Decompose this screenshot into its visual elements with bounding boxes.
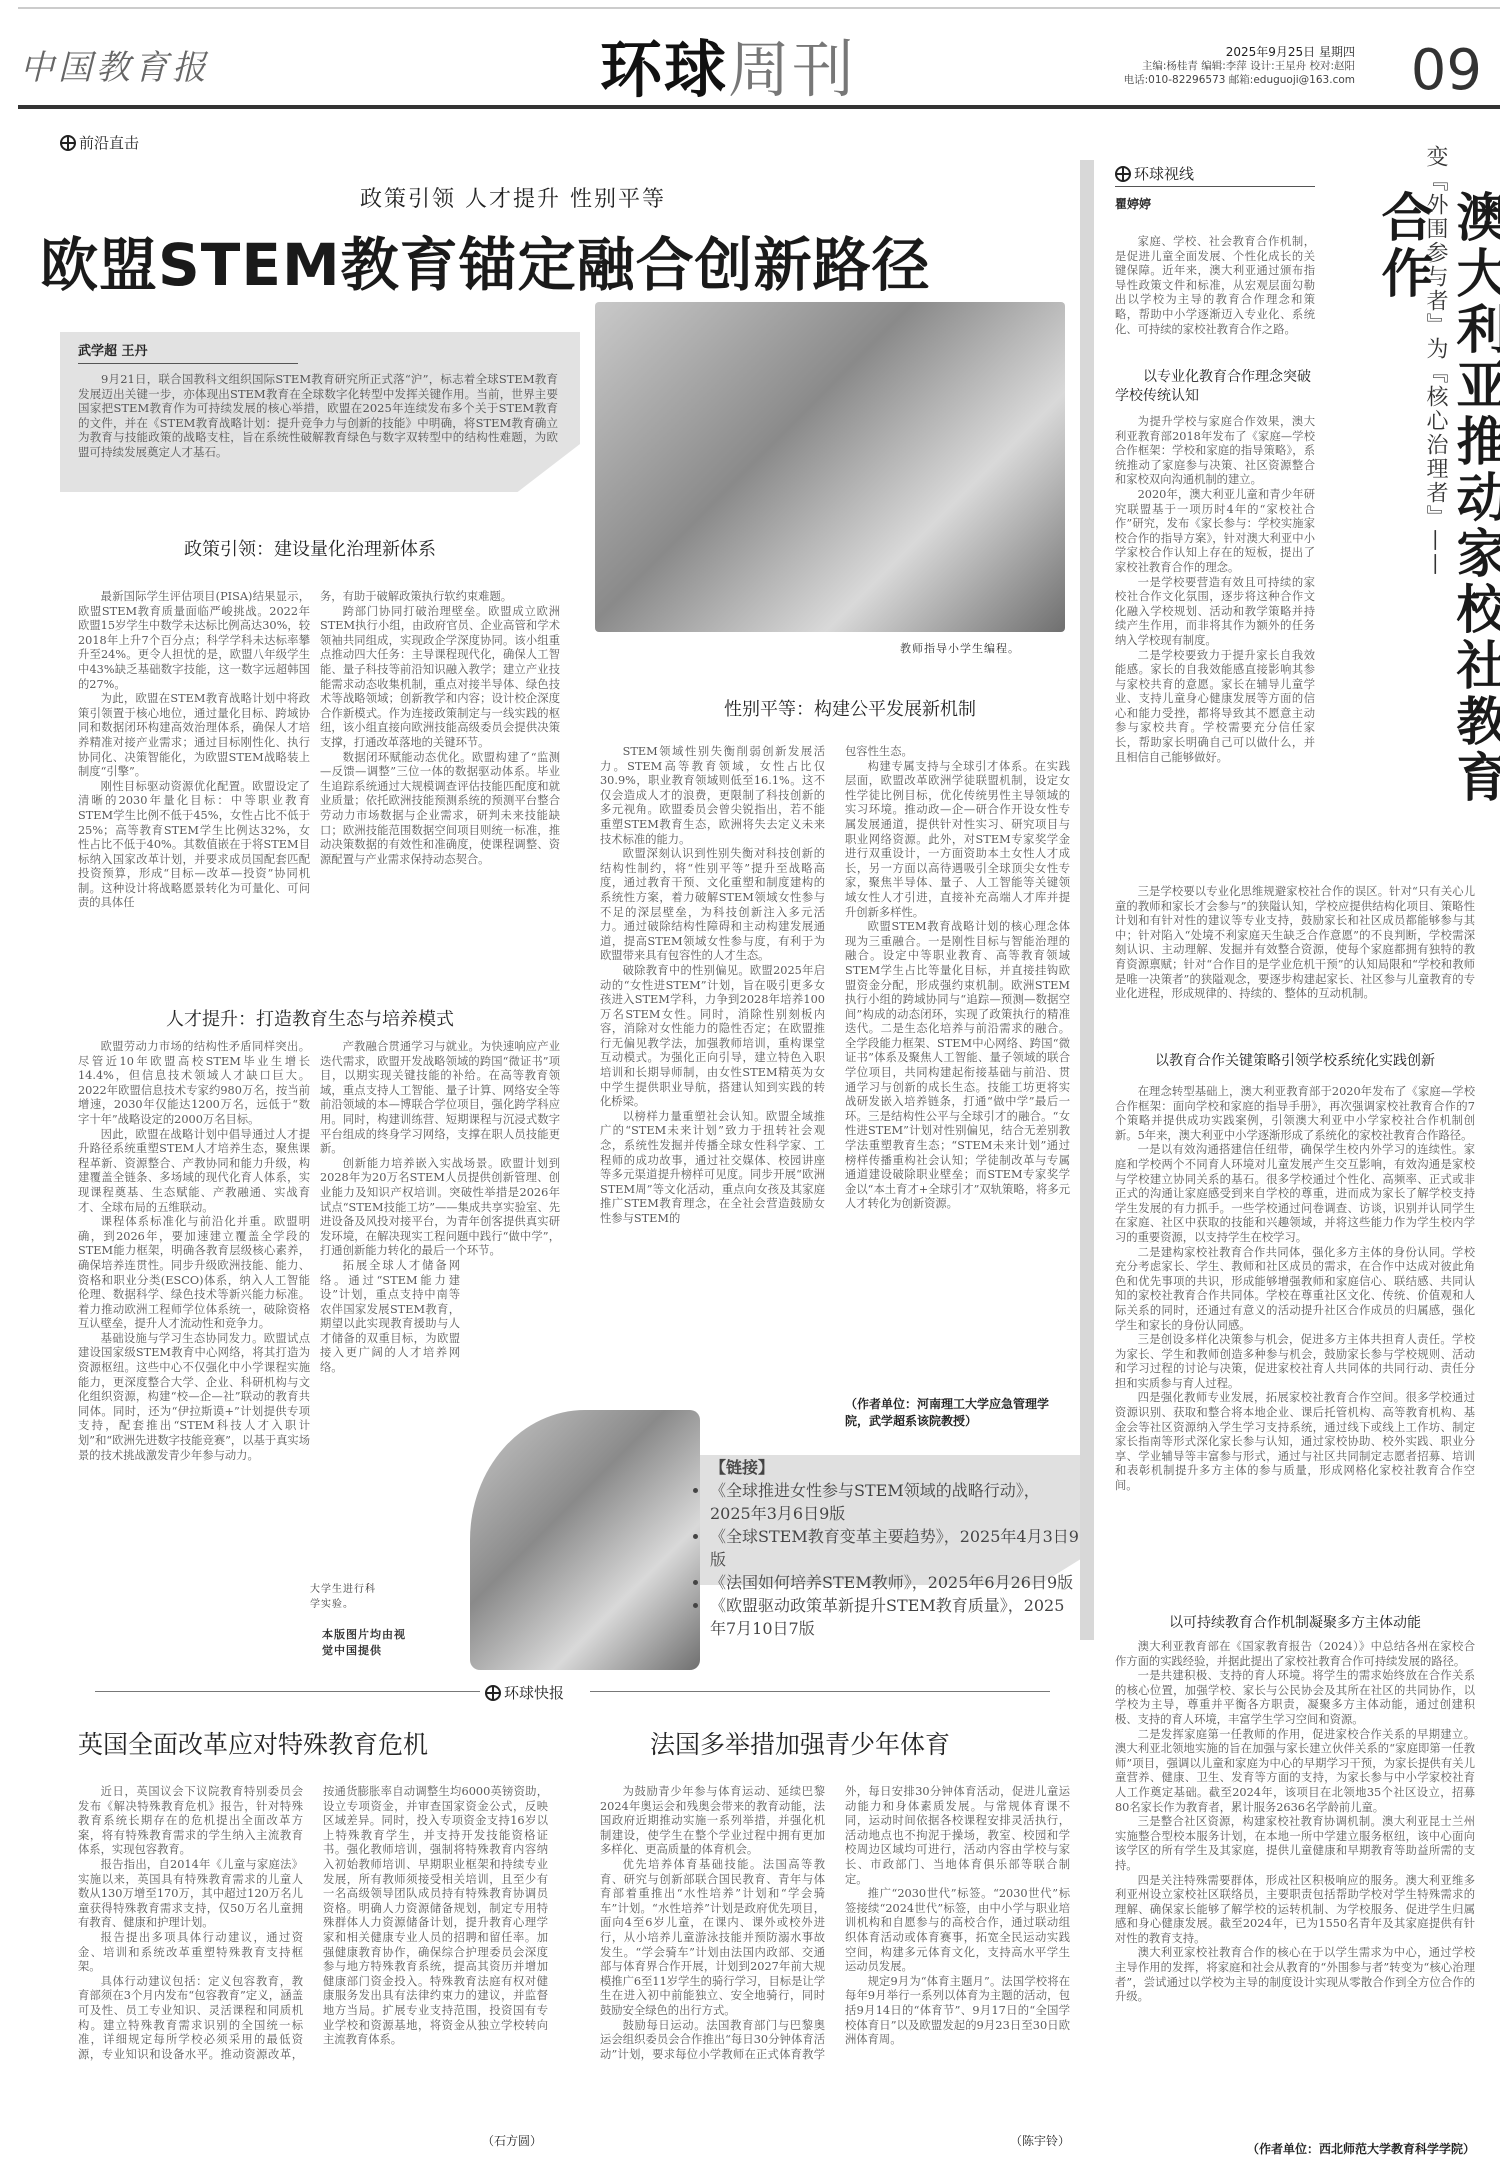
paragraph: 产教融合贯通学习与就业。为快速响应产业迭代需求，欧盟开发战略领域的跨国“微证书”… xyxy=(320,1040,560,1157)
paragraph: 构建专属支持与全球引才体系。在实践层面，欧盟改革欧洲学徒联盟机制，设定女性学徒比… xyxy=(845,760,1070,921)
france-article-body: 为鼓励青少年参与体育运动、延续巴黎2024年奥运会和残奥会带来的教育动能，法国政… xyxy=(600,1785,1070,2085)
paragraph: 欧盟劳动力市场的结构性矛盾同样突出。尽管近10年欧盟高校STEM毕业生增长14.… xyxy=(78,1040,310,1128)
masthead-meta: 2025年9月25日 星期四 主编:杨桂青 编辑:李萍 设计:王星舟 校对:赵阳… xyxy=(1124,45,1355,87)
right-subtitle-vertical: 变『外围参与者』为『核心治理者』—— xyxy=(1420,145,1451,585)
page-number: 09 xyxy=(1411,38,1482,103)
paragraph: 破除教育中的性别偏见。欧盟2025年启动的“女性进STEM”计划，旨在吸引更多女… xyxy=(600,964,825,1110)
paragraph: 二是建构家校社教育合作共同体，强化多方主体的身份认同。学校充分考虑家长、学生、教… xyxy=(1115,1246,1475,1334)
tag-label: 环球快报 xyxy=(504,1682,564,1703)
section-tag-frontline: 前沿直击 xyxy=(60,132,139,153)
byline: 武学超 王丹 xyxy=(78,340,298,364)
paragraph: 一是以有效沟通搭建信任纽带，确保学生校内外学习的连续性。家庭和学校两个不同育人环… xyxy=(1115,1143,1475,1245)
photo-caption-2: 大学生进行科学实验。 xyxy=(310,1580,380,1610)
right-intro: 家庭、学校、社会教育合作机制，是促进儿童全面发展、个性化成长的关键保障。近年来，… xyxy=(1115,235,1315,337)
contact-info: 电话:010-82296573 邮箱:eduguoji@163.com xyxy=(1124,73,1355,87)
subhead-talent: 人才提升：打造教育生态与培养模式 xyxy=(60,1005,560,1031)
link-item[interactable]: 《欧盟驱动政策革新提升STEM教育质量》，2025年7月10日7版 xyxy=(710,1593,1080,1639)
quick-news-rule-right xyxy=(590,1691,1050,1692)
author-unit-main: （作者单位：河南理工大学应急管理学院，武学超系该院教授） xyxy=(845,1395,1070,1429)
paragraph: 2020年，澳大利亚儿童和青少年研究联盟基于一项历时4年的“家校社合作”研究，发… xyxy=(1115,488,1315,576)
subhead-policy: 政策引领：建设量化治理新体系 xyxy=(60,535,560,561)
paragraph: 为提升学校与家庭合作效果，澳大利亚教育部2018年发布了《家庭—学校合作框架：学… xyxy=(1115,415,1315,488)
right-section-3: 澳大利亚教育部在《国家教育报告（2024）》中总结各州在家校合作方面的实践经验，… xyxy=(1115,1640,1475,2005)
newspaper-logo: 中国教育报 xyxy=(20,40,210,89)
right-section-1-narrow: 为提升学校与家庭合作效果，澳大利亚教育部2018年发布了《家庭—学校合作框架：学… xyxy=(1115,415,1315,765)
link-item[interactable]: 《法国如何培养STEM教师》，2025年6月26日9版 xyxy=(710,1570,1080,1593)
right-subhead-1: 以专业化教育合作理念突破学校传统认知 xyxy=(1115,368,1315,406)
paragraph: 以榜样力量重塑社会认知。欧盟全域推广的“STEM未来计划”致力于扭转社会观念，系… xyxy=(600,1110,825,1227)
paragraph: 拓展全球人才储备网络。通过“STEM能力建设”计划，重点支持中南等农伴国家发展S… xyxy=(320,1259,460,1376)
issue-date: 2025年9月25日 星期四 xyxy=(1124,45,1355,59)
paragraph: 为鼓励青少年参与体育运动、延续巴黎2024年奥运会和残奥会带来的教育动能，法国政… xyxy=(600,1785,825,1858)
paragraph: 三是整合社区资源，构建家校社教育协调机制。澳大利亚昆士兰州实施整合型校本服务计划… xyxy=(1115,1815,1475,1873)
staff-credits: 主编:杨桂青 编辑:李萍 设计:王星舟 校对:赵阳 xyxy=(1124,59,1355,73)
paragraph: 课程体系标准化与前沿化并重。欧盟明确，到2026年，要加速建立覆盖全学段的STE… xyxy=(78,1215,310,1332)
article-kicker: 政策引领 人才提升 性别平等 xyxy=(360,182,666,213)
right-section-2: 在理念转型基础上，澳大利亚教育部于2020年发布了《家庭—学校合作框架：面向学校… xyxy=(1115,1085,1475,1494)
right-column-rail xyxy=(1080,160,1094,1640)
paragraph: 四是强化教师专业发展，拓展家校社教育合作空间。很多学校通过资源识别、获取和整合将… xyxy=(1115,1391,1475,1493)
paragraph: 二是发挥家庭第一任教师的作用，促进家校合作关系的早期建立。澳大利亚北领地实施的旨… xyxy=(1115,1728,1475,1816)
paragraph: 欧盟STEM教育战略计划的核心理念体现为三重融合。一是刚性目标与智能治理的融合。… xyxy=(845,920,1070,1212)
globe-icon xyxy=(60,135,76,151)
paragraph: 优先培养体育基础技能。法国高等教育、研究与创新部联合国民教育、青年与体育部着重推… xyxy=(600,1858,825,2019)
subhead-gender: 性别平等：构建公平发展新机制 xyxy=(620,695,1080,721)
paragraph: 一是共建积极、支持的育人环境。将学生的需求始终放在合作关系的核心位置，加强学校、… xyxy=(1115,1669,1475,1727)
tag-label: 环球视线 xyxy=(1134,163,1194,184)
link-item[interactable]: 《全球推进女性参与STEM领域的战略行动》，2025年3月6日9版 xyxy=(710,1478,1080,1524)
paragraph: 报告指出，自2014年《儿童与家庭法》实施以来，英国具有特殊教育需求的儿童人数从… xyxy=(78,1858,303,1931)
article-headline: 欧盟STEM教育锚定融合创新路径 xyxy=(40,218,1080,302)
lead-content: 武学超 王丹 9月21日，联合国教科文组织国际STEM教育研究所正式落“沪”，标… xyxy=(78,340,558,459)
talent-col-1: 欧盟劳动力市场的结构性矛盾同样突出。尽管近10年欧盟高校STEM毕业生增长14.… xyxy=(78,1040,310,1463)
lead-paragraph: 9月21日，联合国教科文组织国际STEM教育研究所正式落“沪”，标志着全球STE… xyxy=(78,372,558,459)
talent-col-2: 产教融合贯通学习与就业。为快速响应产业迭代需求，欧盟开发战略领域的跨国“微证书”… xyxy=(320,1040,560,1376)
paragraph: 家庭、学校、社会教育合作机制，是促进儿童全面发展、个性化成长的关键保障。近年来，… xyxy=(1115,235,1315,337)
paragraph: 推广“2030世代”标签。“2030世代”标签接续“2024世代”标签，由中小学… xyxy=(845,1887,1070,1975)
author-unit-right: （作者单位：西北师范大学教育科学学院） xyxy=(1115,2140,1475,2157)
policy-col-1: 最新国际学生评估项目(PISA)结果显示，欧盟STEM教育质量面临严峻挑战。20… xyxy=(78,590,310,911)
paragraph: 创新能力培养嵌入实战场景。欧盟计划到2028年为20万名STEM人员提供创新管理… xyxy=(320,1157,560,1259)
paragraph: 包容性生态。 xyxy=(845,745,1070,760)
paragraph: 为此，欧盟在STEM教育战略计划中将政策引领置于核心地位，通过量化目标、跨域协同… xyxy=(78,692,310,780)
paragraph: 一是学校要营造有效且可持续的家校社合作文化氛围，逐步将这种合作文化融入学校规划、… xyxy=(1115,576,1315,649)
links-title: 【链接】 xyxy=(710,1455,1080,1478)
section-title-b: 周刊 xyxy=(728,33,856,106)
photo-lab-student xyxy=(470,1410,700,1670)
quick-news-rule-left xyxy=(95,1691,480,1692)
paragraph: STEM领域性别失衡削弱创新发展活力。STEM高等教育领域，女性占比仅30.9%… xyxy=(600,745,825,847)
paragraph: 三是创设多样化决策参与机会，促进多方主体共担育人责任。学校为家长、学生和教师创造… xyxy=(1115,1333,1475,1391)
paragraph: 澳大利亚家校社教育合作的核心在于以学生需求为中心，通过学校主导作用的发挥，将家庭… xyxy=(1115,1946,1475,2004)
right-subhead-3: 以可持续教育合作机制凝聚多方主体动能 xyxy=(1115,1612,1475,1632)
photo-caption-1: 教师指导小学生编程。 xyxy=(900,640,1020,656)
globe-icon xyxy=(485,1685,501,1701)
paragraph: 跨部门协同打破治理壁垒。欧盟成立欧洲STEM执行小组，由政府官员、企业高管和学术… xyxy=(320,605,560,751)
france-signoff: （陈宇铃） xyxy=(930,2132,1070,2149)
globe-icon xyxy=(1115,166,1131,182)
gender-col-1: STEM领域性别失衡削弱创新发展活力。STEM高等教育领域，女性占比仅30.9%… xyxy=(600,745,825,1227)
photo-teacher-coding xyxy=(595,302,1065,632)
masthead-bottom-rule xyxy=(18,105,1500,109)
photo-credit: 本版图片均由视觉中国提供 xyxy=(322,1626,412,1658)
section-title-a: 环球 xyxy=(600,33,728,106)
paragraph: 二是学校要致力于提升家长自我效能感。家长的自我效能感直接影响其参与家校共育的意愿… xyxy=(1115,649,1315,766)
paragraph: 四是关注特殊需要群体，形成社区积极响应的服务。澳大利亚维多利亚州设立家校社区联络… xyxy=(1115,1874,1475,1947)
paragraph: 务，有助于破解政策执行软约束难题。 xyxy=(320,590,560,605)
paragraph: 在理念转型基础上，澳大利亚教育部于2020年发布了《家庭—学校合作框架：面向学校… xyxy=(1115,1085,1475,1143)
france-headline: 法国多举措加强青少年体育 xyxy=(650,1725,950,1761)
paragraph: 规定9月为“体育主题月”。法国学校将在每年9月举行一系列以体育为主题的活动，包括… xyxy=(845,1975,1070,2048)
masthead-top-rule xyxy=(18,7,1500,9)
paragraph: 因此，欧盟在战略计划中倡导通过人才提升路径系统重塑STEM人才培养生态，聚焦课程… xyxy=(78,1128,310,1216)
paragraph: 报告提出多项具体行动建议，通过资金、培训和系统改革重塑特殊教育支持框架。 xyxy=(78,1931,303,1975)
paragraph: 三是学校要以专业化思维规避家校社合作的误区。针对“只有关心儿童的教师和家长才会参… xyxy=(1115,885,1475,1002)
uk-headline: 英国全面改革应对特殊教育危机 xyxy=(78,1725,428,1761)
paragraph: 澳大利亚教育部在《国家教育报告（2024）》中总结各州在家校合作方面的实践经验，… xyxy=(1115,1640,1475,1669)
section-tag-vision: 环球视线 xyxy=(1115,163,1315,187)
right-section-1-wide: 三是学校要以专业化思维规避家校社合作的误区。针对“只有关心儿童的教师和家长才会参… xyxy=(1115,885,1475,1002)
paragraph: 近日，英国议会下议院教育特别委员会发布《解决特殊教育危机》报告，针对特殊教育系统… xyxy=(78,1785,303,1858)
uk-article-body: 近日，英国议会下议院教育特别委员会发布《解决特殊教育危机》报告，针对特殊教育系统… xyxy=(78,1785,548,2085)
paragraph: 刚性目标驱动资源优化配置。欧盟设定了清晰的2030年量化目标：中等职业教育STE… xyxy=(78,780,310,911)
paragraph: 数据闭环赋能动态优化。欧盟构建了“监测—反馈—调整”三位一体的数据驱动体系。毕业… xyxy=(320,751,560,868)
links-content: 【链接】 《全球推进女性参与STEM领域的战略行动》，2025年3月6日9版 《… xyxy=(710,1455,1080,1639)
section-title: 环球周刊 xyxy=(600,20,856,109)
gender-col-2: 包容性生态。 构建专属支持与全球引才体系。在实践层面，欧盟改革欧洲学徒联盟机制，… xyxy=(845,745,1070,1212)
policy-col-2: 务，有助于破解政策执行软约束难题。 跨部门协同打破治理壁垒。欧盟成立欧洲STEM… xyxy=(320,590,560,867)
paragraph: 基础设施与学习生态协同发力。欧盟试点建设国家级STEM教育中心网络，将其打造为资… xyxy=(78,1332,310,1463)
section-tag-quick-news: 环球快报 xyxy=(485,1682,564,1703)
uk-signoff: （石方圆） xyxy=(400,2132,542,2149)
paragraph: 最新国际学生评估项目(PISA)结果显示，欧盟STEM教育质量面临严峻挑战。20… xyxy=(78,590,310,692)
right-byline: 瞿婷婷 xyxy=(1115,195,1151,212)
paragraph: 欧盟深刻认识到性别失衡对科技创新的结构性制约，将“性别平等”提升至战略高度，通过… xyxy=(600,847,825,964)
link-item[interactable]: 《全球STEM教育变革主要趋势》，2025年4月3日9版 xyxy=(710,1524,1080,1570)
tag-label: 前沿直击 xyxy=(79,132,139,153)
right-subhead-2: 以教育合作关键策略引领学校系统化实践创新 xyxy=(1115,1050,1475,1070)
